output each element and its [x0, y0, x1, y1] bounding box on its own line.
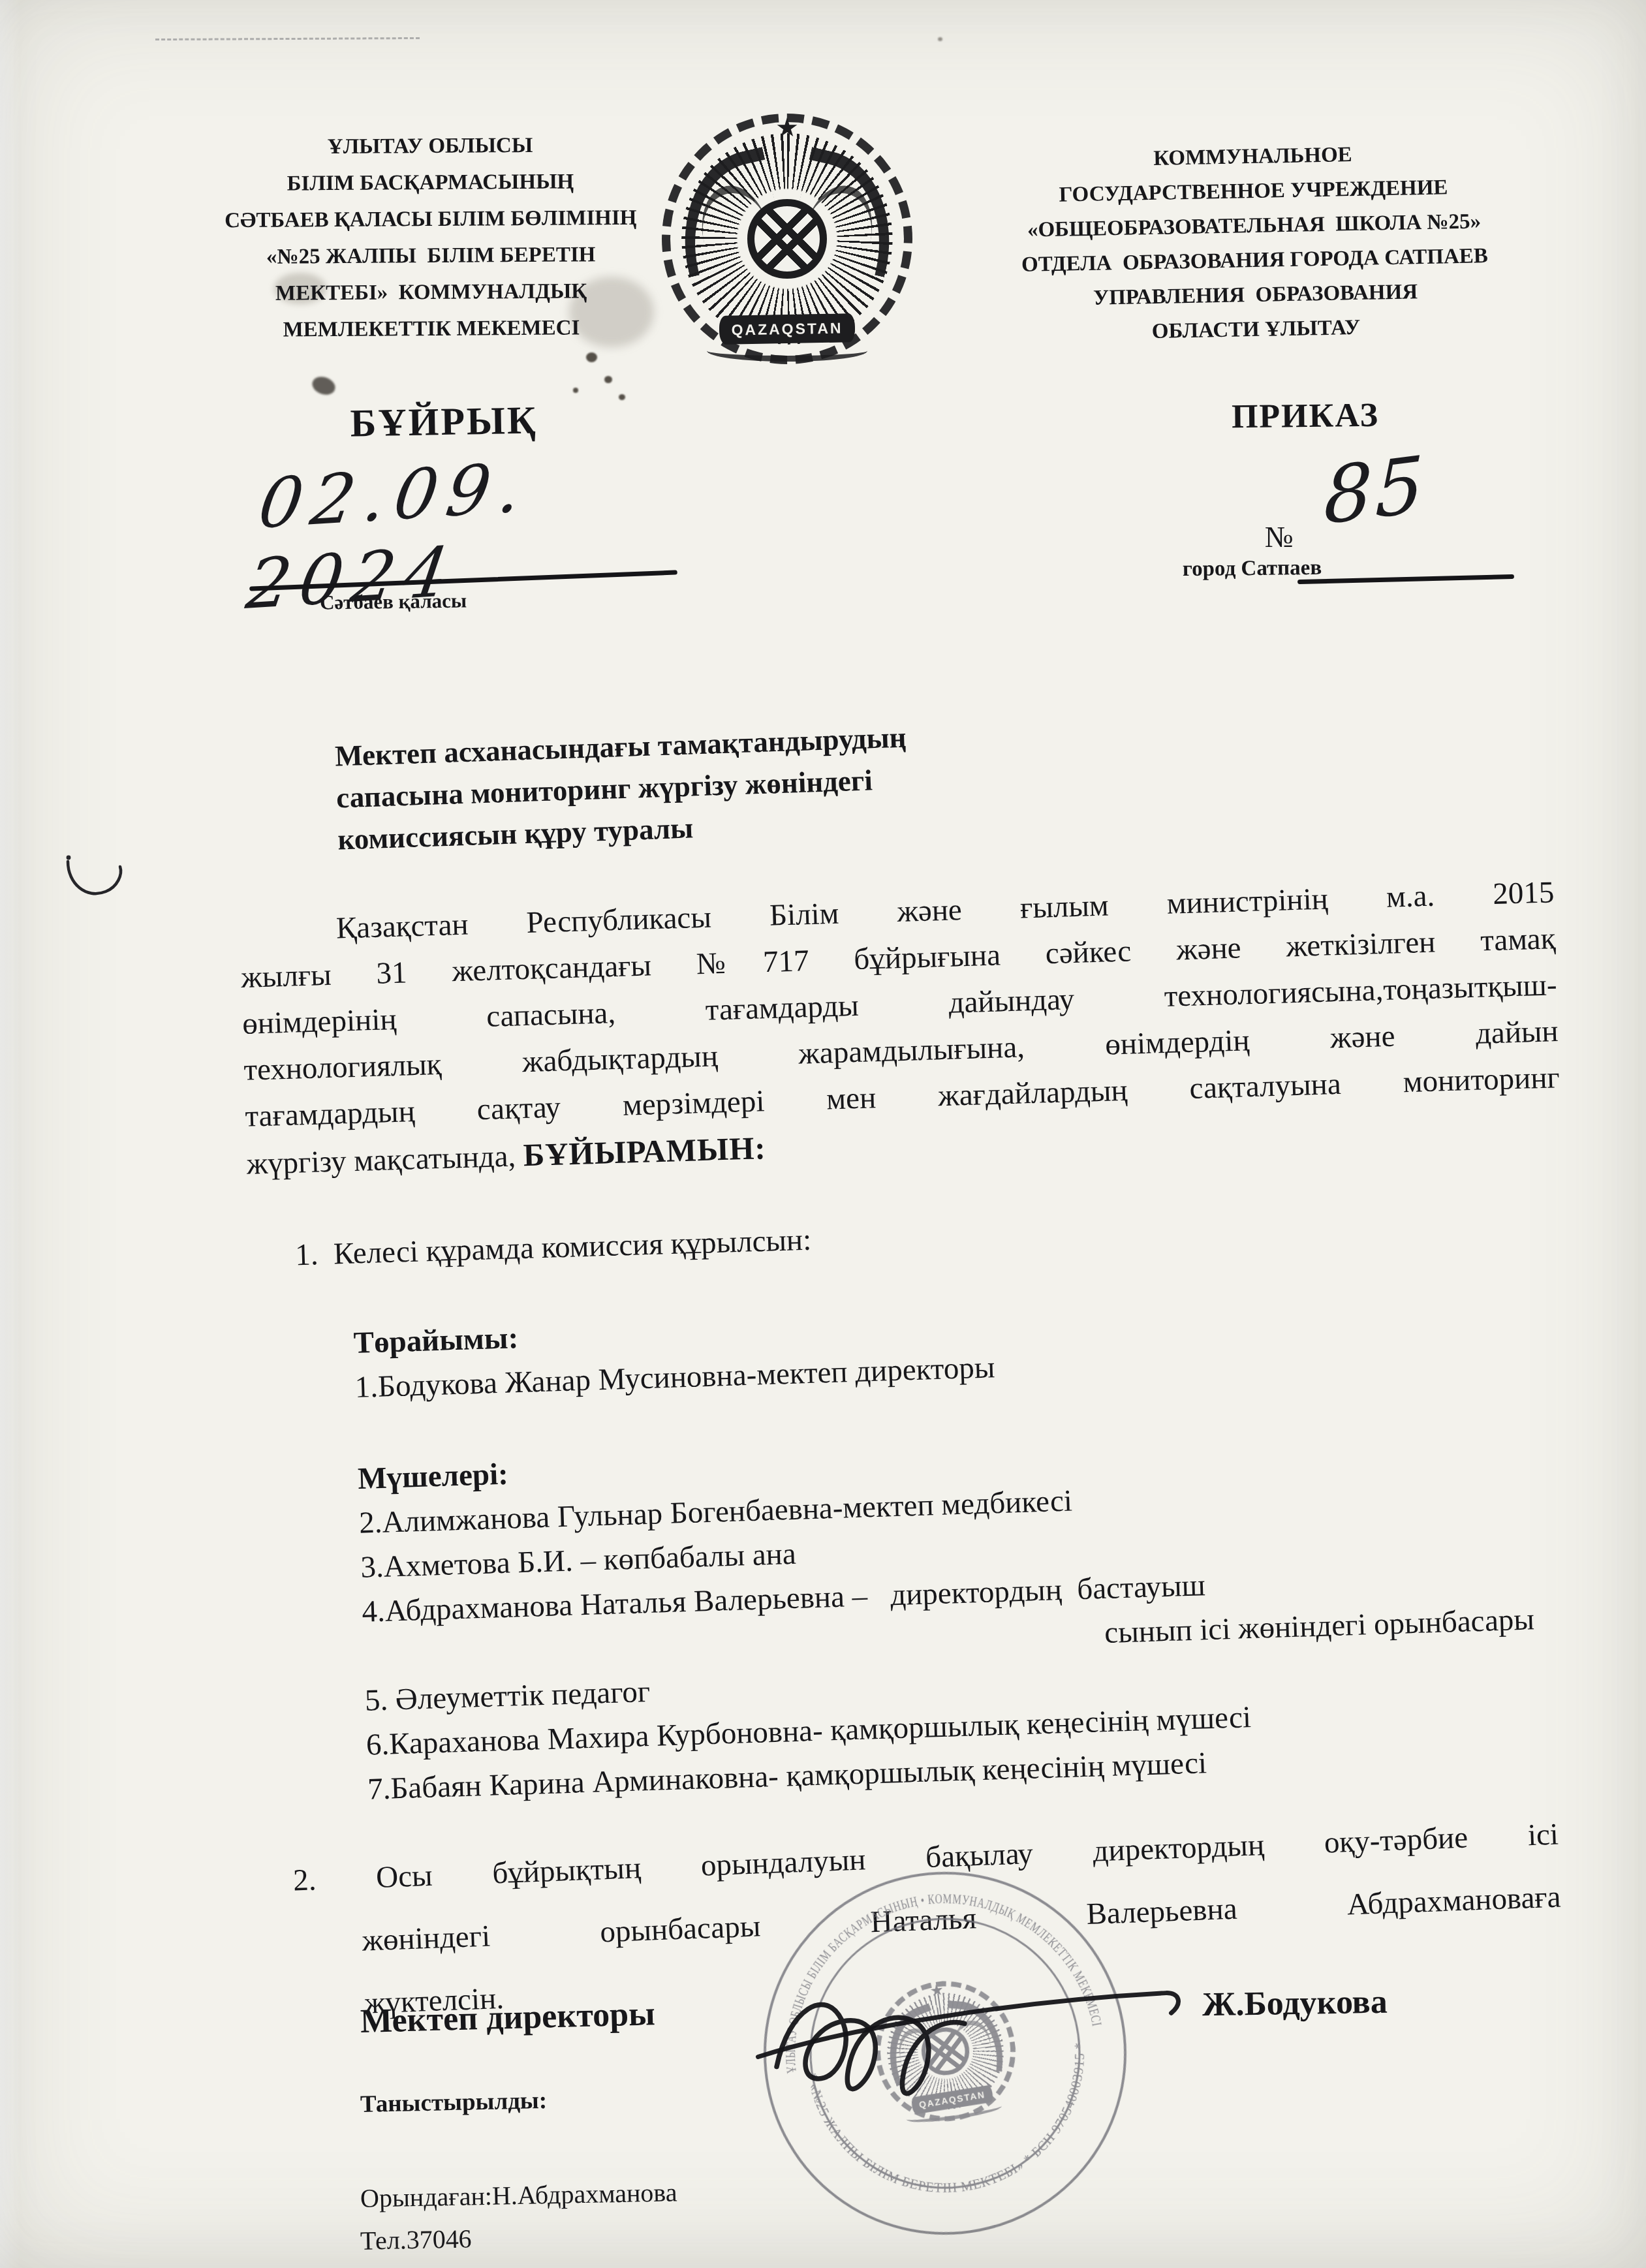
reviewed-label: Таныстырылды: — [360, 2087, 548, 2119]
signer-name: Ж.Бодукова — [1202, 1983, 1388, 2024]
emblem-shanyrak — [747, 199, 827, 279]
handwritten-order-number: 85 — [1323, 439, 1427, 542]
order-verb: БҰЙЫРАМЫН: — [523, 1130, 766, 1173]
org-name-russian: КОММУНАЛЬНОЕ ГОСУДАРСТВЕННОЕ УЧРЕЖДЕНИЕ … — [952, 134, 1557, 353]
org-name-kk-line: «№25 ЖАЛПЫ БІЛІМ БЕРЕТІН — [209, 236, 653, 276]
ink-speck — [573, 388, 578, 393]
order-item-1: 1. Келесі құрамда комиссия құрылсын: — [295, 1201, 1536, 1273]
ink-blot — [310, 374, 338, 398]
executor-line: Орындаған:Н.Абдрахманова — [360, 2177, 677, 2213]
org-name-kk-line: МЕМЛЕКЕТТІК МЕКЕМЕСІ — [210, 309, 653, 349]
order-preamble: Қазақстан Республикасы Білім және ғылым … — [239, 869, 1562, 1188]
preamble-closing-text: жүргізу мақсатында, — [246, 1139, 524, 1181]
order-subject: Мектеп асханасындағы тамақтандырудың сап… — [334, 707, 1187, 861]
org-name-kk-line: ҰЛЫТАУ ОБЛЫСЫ — [208, 127, 652, 166]
place-russian: город Сатпаев — [1183, 556, 1322, 582]
phone-line: Тел.37046 — [360, 2223, 472, 2256]
ink-speck — [586, 352, 597, 362]
order-number-underline — [1297, 574, 1514, 584]
pen-mark-artifact — [63, 847, 134, 906]
order-title-russian: ПРИКАЗ — [1168, 396, 1443, 437]
order-number-sign: № — [1265, 520, 1294, 554]
org-name-kk-line: МЕКТЕБІ» КОММУНАЛДЫҚ — [209, 273, 653, 313]
commission-list: Төрайымы: 1.Бодукова Жанар Мусиновна-мек… — [353, 1283, 1566, 1811]
signer-role: Мектеп директоры — [360, 1995, 655, 2041]
ink-speck — [604, 376, 612, 383]
place-kazakh: Сәтбаев қаласы — [320, 589, 467, 614]
scan-artifact-dashed-line — [155, 37, 420, 40]
order-title-kazakh: БҰЙРЫҚ — [260, 396, 627, 448]
emblem-banner-text: QAZAQSTAN — [731, 319, 843, 339]
org-name-kk-line: БІЛІМ БАСҚАРМАСЫНЫҢ — [208, 163, 652, 203]
director-signature — [741, 1916, 1204, 2134]
scanned-order-document: ҰЛЫТАУ ОБЛЫСЫ БІЛІМ БАСҚАРМАСЫНЫҢ СӘТБАЕ… — [0, 0, 1646, 2268]
scan-edge-shading — [0, 0, 20, 2268]
emblem-base-ornament — [707, 340, 867, 362]
org-name-kk-line: СӘТБАЕВ ҚАЛАСЫ БІЛІМ БӨЛІМІНІҢ — [209, 200, 653, 240]
ink-speck — [938, 37, 942, 41]
kazakhstan-coat-of-arms: QAZAQSTAN — [658, 110, 916, 368]
org-name-kazakh: ҰЛЫТАУ ОБЛЫСЫ БІЛІМ БАСҚАРМАСЫНЫҢ СӘТБАЕ… — [208, 127, 653, 349]
